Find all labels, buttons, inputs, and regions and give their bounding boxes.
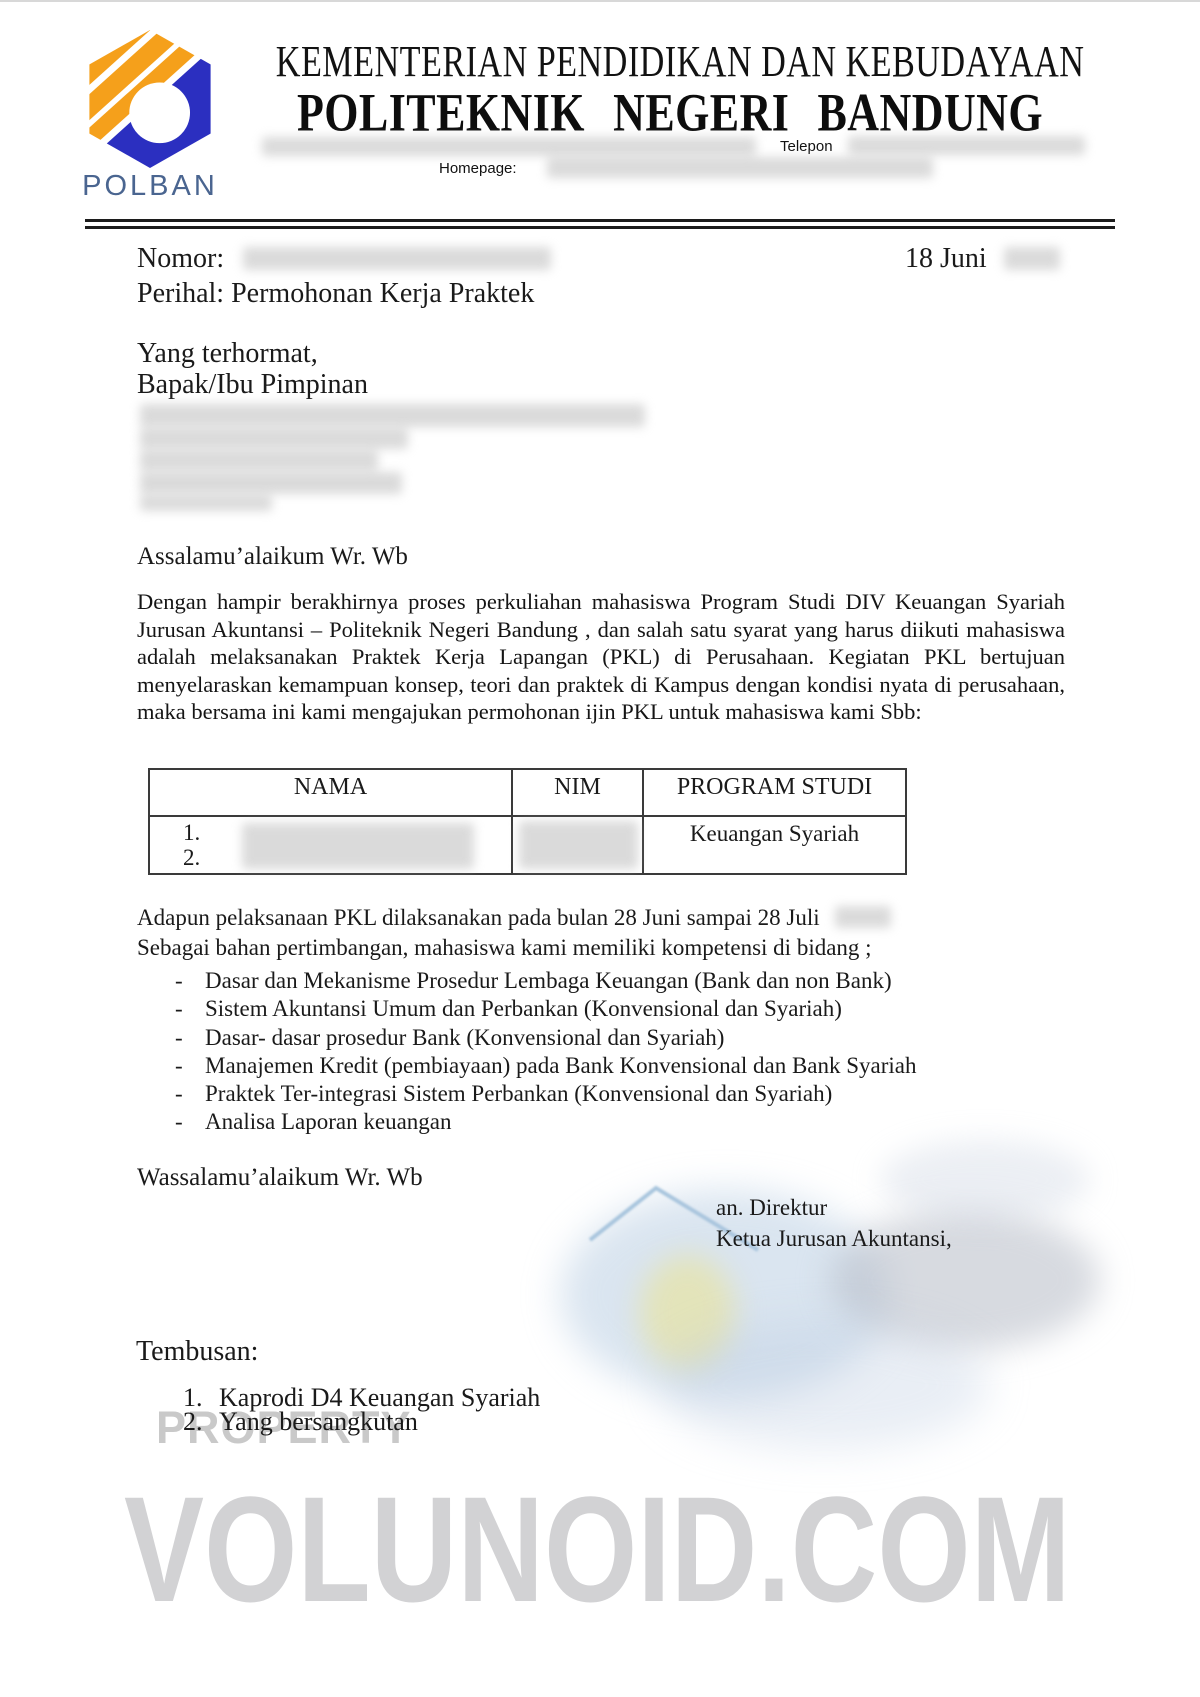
competency-item: -Sistem Akuntansi Umum dan Perbankan (Ko… (137, 996, 1067, 1024)
competency-item: -Dasar dan Mekanisme Prosedur Lembaga Ke… (137, 968, 1067, 996)
letterhead-rule (85, 219, 1115, 229)
homepage-label: Homepage: (439, 160, 517, 177)
letter-meta: Nomor: 18 Juni Perihal: Permohonan Kerja… (137, 241, 1067, 311)
recipient-block: Yang terhormat, Bapak/Ibu Pimpinan (137, 338, 368, 400)
table-body-row: 1. 2. Keuangan Syariah (150, 815, 905, 873)
perihal-line: Perihal: Permohonan Kerja Praktek (137, 276, 1067, 311)
students-table: NAMA NIM PROGRAM STUDI 1. 2. Keuangan Sy… (148, 768, 907, 875)
table-header-nim: NIM (511, 770, 644, 815)
schedule-block: Adapun pelaksanaan PKL dilaksanakan pada… (137, 903, 1067, 963)
tembusan-item: 1. Kaprodi D4 Keuangan Syariah (183, 1386, 540, 1410)
body-paragraph: Dengan hampir berakhirnya proses perkuli… (137, 588, 1065, 726)
program-studi-value: Keuangan Syariah (644, 817, 905, 873)
ministry-title: KEMENTERIAN PENDIDIKAN DAN KEBUDAYAAN (276, 40, 1064, 86)
greeting: Assalamu’alaikum Wr. Wb (137, 543, 408, 571)
competency-item: -Dasar- dasar prosedur Bank (Konvensiona… (137, 1025, 1067, 1053)
dash-bullet: - (175, 1025, 205, 1051)
table-header-nama: NAMA (150, 770, 511, 815)
table-header-row: NAMA NIM PROGRAM STUDI (150, 770, 905, 815)
watermark-volunoid: VOLUNOID.COM (124, 1474, 1071, 1624)
student-nim-redacted (519, 821, 638, 869)
closing-salutation: Wassalamu’alaikum Wr. Wb (137, 1164, 423, 1192)
competency-list: -Dasar dan Mekanisme Prosedur Lembaga Ke… (137, 968, 1067, 1138)
schedule-line: Adapun pelaksanaan PKL dilaksanakan pada… (137, 903, 1067, 933)
homepage-redacted (547, 157, 933, 178)
competency-item: -Analisa Laporan keuangan (137, 1109, 1067, 1137)
telepon-label: Telepon (780, 138, 833, 155)
nomor-line: Nomor: 18 Juni (137, 241, 1067, 276)
scan-top-edge (0, 0, 1200, 2)
stamp-blur-low (660, 1320, 990, 1450)
student-names-cell: 1. 2. (150, 817, 511, 873)
signature-role-line: an. Direktur (716, 1192, 952, 1223)
competency-item: -Praktek Ter-integrasi Sistem Perbankan … (137, 1081, 1067, 1109)
schedule-year-redacted (835, 906, 891, 928)
recipient-address-redacted (140, 404, 645, 427)
letter-date: 18 Juni (905, 241, 1060, 276)
recipient-address-redacted (140, 472, 402, 494)
competency-item: -Manajemen Kredit (pembiayaan) pada Bank… (137, 1053, 1067, 1081)
dash-bullet: - (175, 996, 205, 1022)
dash-bullet: - (175, 1081, 205, 1107)
recipient-address-redacted (140, 428, 408, 449)
recipient-address-redacted (140, 495, 272, 511)
recipient-address-redacted (140, 450, 378, 471)
competency-intro: Sebagai bahan pertimbangan, mahasiswa ka… (137, 933, 1067, 963)
table-header-program-studi: PROGRAM STUDI (644, 770, 905, 815)
dash-bullet: - (175, 1053, 205, 1079)
tembusan-label: Tembusan: (136, 1336, 258, 1368)
nomor-label: Nomor: (137, 243, 224, 274)
polban-hexagon-icon (81, 30, 219, 168)
recipient-salute: Yang terhormat, (137, 338, 368, 369)
nomor-redacted (243, 247, 551, 270)
tembusan-item: 2. Yang bersangkutan (183, 1410, 540, 1434)
signature-title-line: Ketua Jurusan Akuntansi, (716, 1223, 952, 1254)
letter-page: POLBAN KEMENTERIAN PENDIDIKAN DAN KEBUDA… (0, 0, 1200, 1697)
dash-bullet: - (175, 1109, 205, 1135)
signature-block: an. Direktur Ketua Jurusan Akuntansi, (716, 1192, 952, 1254)
letterhead: KEMENTERIAN PENDIDIKAN DAN KEBUDAYAAN PO… (232, 40, 1108, 136)
recipient-addressee: Bapak/Ibu Pimpinan (137, 369, 368, 400)
institution-title: POLITEKNIK NEGERI BANDUNG (285, 84, 1056, 141)
tembusan-list: 1. Kaprodi D4 Keuangan Syariah 2. Yang b… (183, 1386, 540, 1433)
polban-wordmark: POLBAN (80, 170, 220, 203)
address-redacted (262, 137, 756, 156)
polban-logo: POLBAN (80, 30, 220, 203)
dash-bullet: - (175, 968, 205, 994)
student-nim-cell (511, 817, 644, 873)
date-year-redacted (1004, 247, 1060, 270)
student-names-redacted (242, 823, 474, 869)
phone-redacted (848, 136, 1085, 155)
